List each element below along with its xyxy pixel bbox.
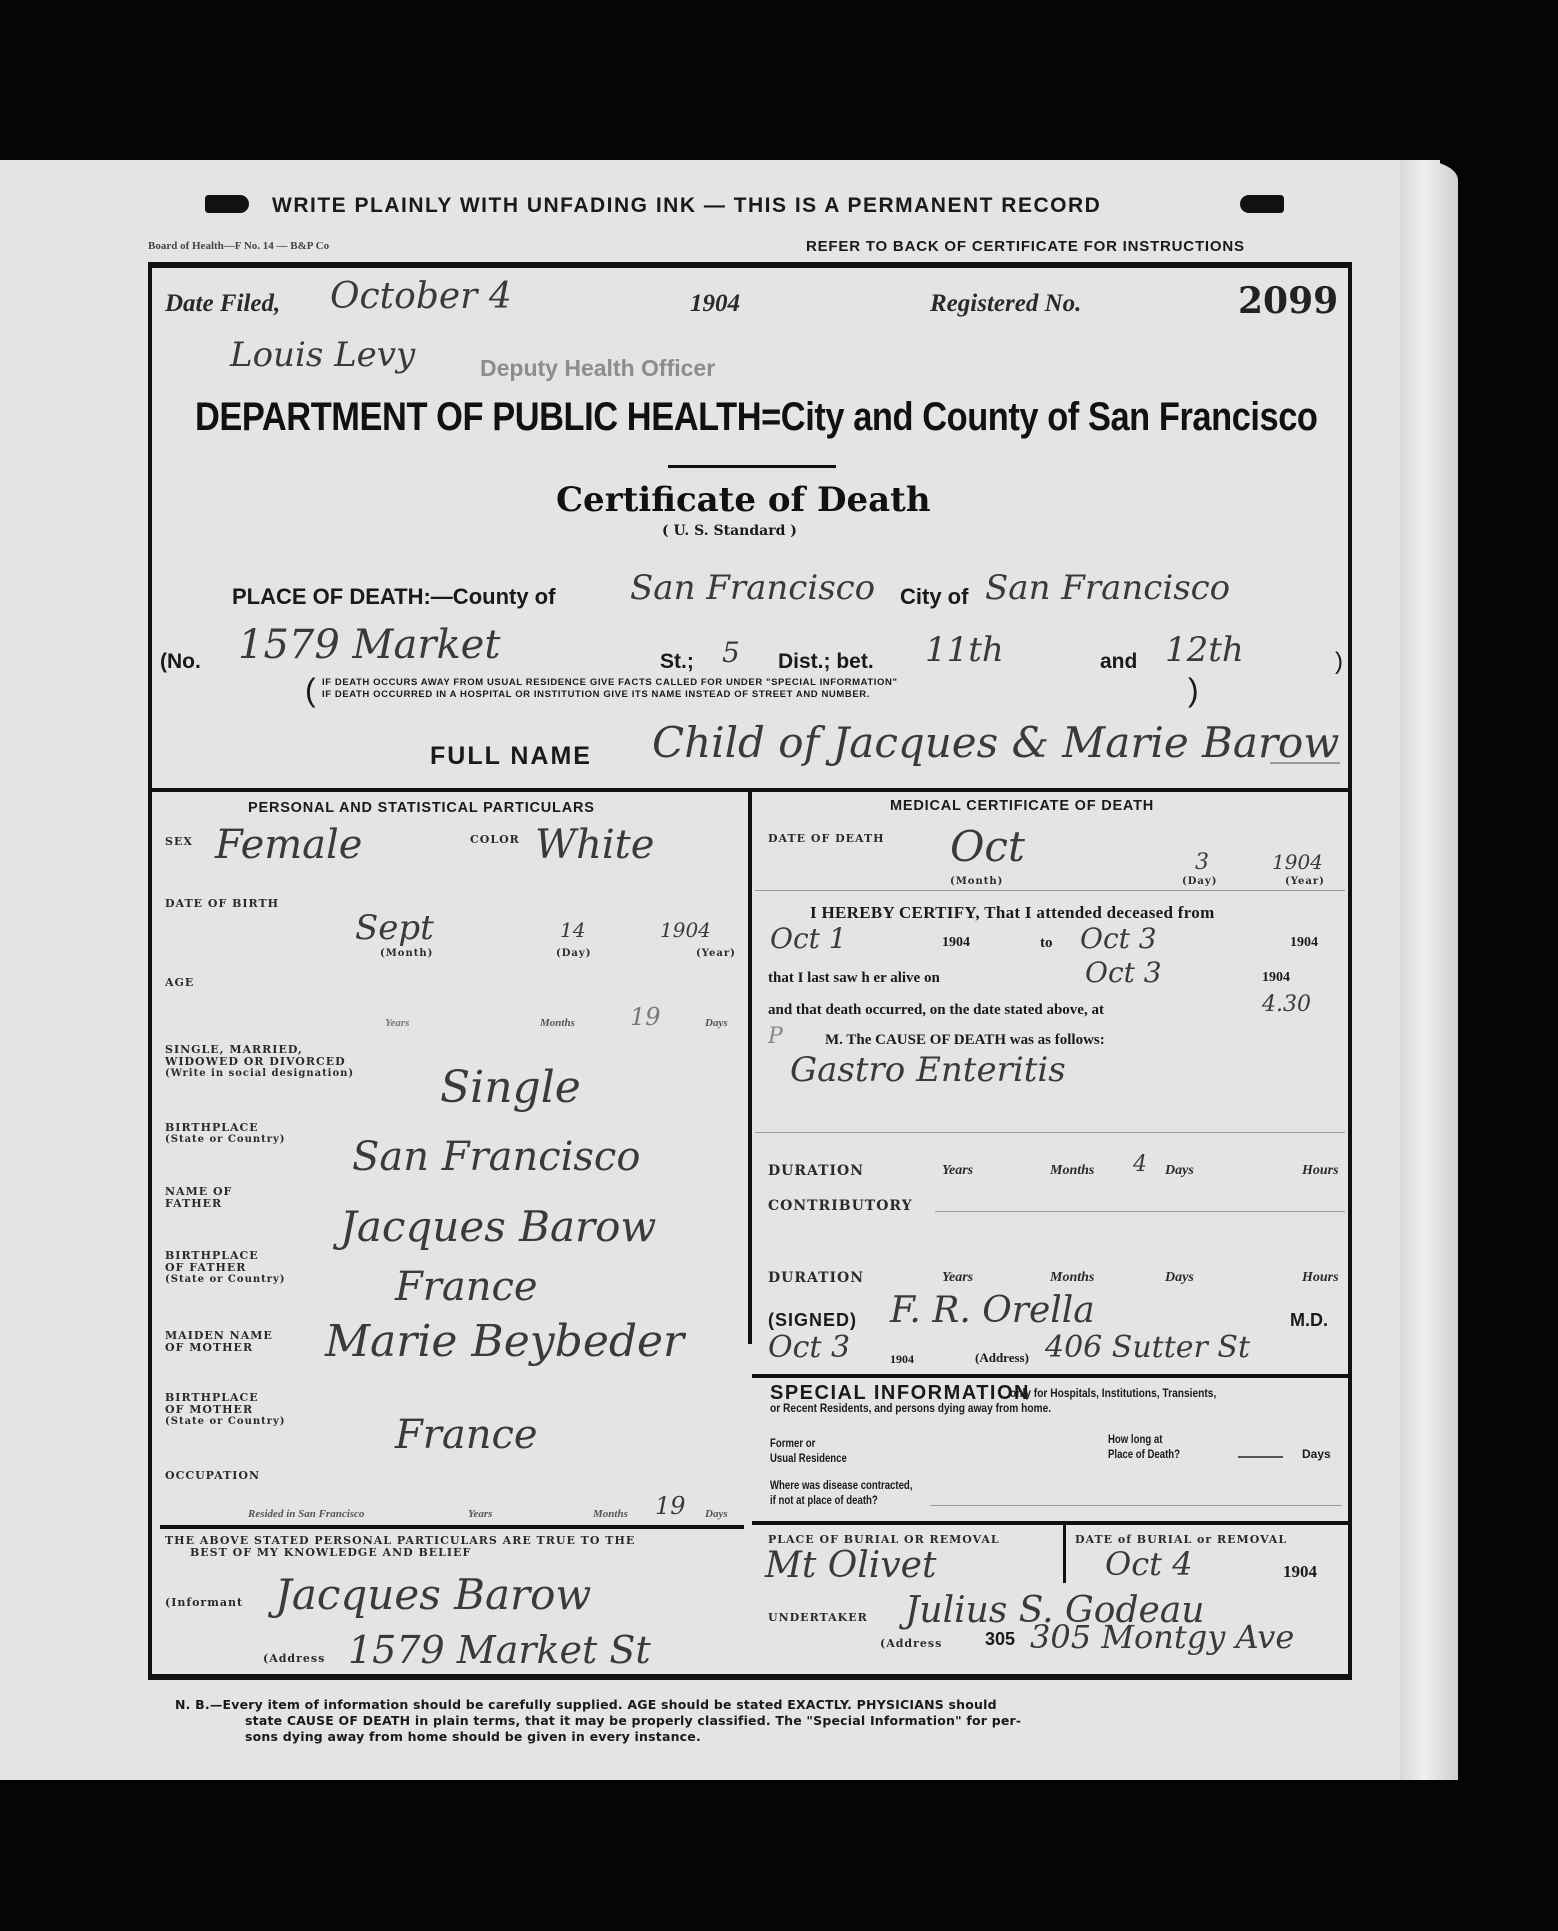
mother-birthplace-label-2: OF MOTHER [165,1404,253,1416]
duration2-months-caption: Months [1050,1270,1094,1286]
title-divider [668,465,836,468]
father-birthplace: France [395,1264,538,1310]
marital-value: Single [440,1062,581,1113]
name-underline [1270,762,1340,764]
time-of-death: 4.30 [1262,992,1311,1017]
age-years-caption: Years [385,1017,409,1029]
dod-year-caption: (Year) [1285,876,1325,887]
dod-day-caption: (Day) [1182,876,1217,887]
note-bracket-left: ( [305,672,316,709]
footnote-line-3: sons dying away from home should be give… [245,1729,701,1744]
dod-label: DATE OF DEATH [768,833,885,845]
dob-day-caption: (Day) [556,948,591,959]
former-residence-label-1: Former or [770,1436,815,1450]
marital-label-3: (Write in social designation) [165,1068,354,1079]
birthplace-label-2: (State or Country) [165,1134,286,1145]
street-label: St.; [660,650,694,674]
dob-day: 14 [560,918,585,942]
contracted-rule [930,1505,1342,1506]
undertaker-address: 305 Montgy Ave [1030,1618,1294,1656]
occurred-label: and that death occurred, on the date sta… [768,1002,1104,1019]
undertaker-label: UNDERTAKER [768,1611,868,1624]
dod-year: 1904 [1272,850,1323,874]
informant-divider [160,1525,744,1529]
duration-hours-caption: Hours [1302,1163,1339,1179]
city-value: San Francisco [985,568,1230,608]
duration-label: DURATION [768,1163,864,1179]
date-filed-value: October 4 [330,276,512,317]
special-note-1: only for Hospitals, Institutions, Transi… [1010,1386,1216,1400]
header-warning: WRITE PLAINLY WITH UNFADING INK — THIS I… [272,194,1101,218]
attended-from-year: 1904 [942,935,970,951]
street-no-label: (No. [160,650,201,674]
pointing-hand-icon-left [205,195,249,213]
last-saw-year: 1904 [1262,970,1290,986]
registered-label: Registered No. [930,290,1081,318]
mother-birthplace-label-3: (State or Country) [165,1416,286,1427]
resided-months-caption: Months [593,1508,628,1520]
dod-day: 3 [1195,850,1209,875]
how-long-blank [1238,1456,1283,1458]
how-long-label-2: Place of Death? [1108,1447,1180,1461]
refer-instructions: REFER TO BACK OF CERTIFICATE FOR INSTRUC… [806,238,1245,255]
cause-rule [755,1132,1345,1133]
attended-from-date: Oct 1 [770,922,847,955]
birthplace-value: San Francisco [352,1134,640,1180]
column-divider [748,790,752,1344]
sex-label: SEX [165,836,193,848]
informant-name: Jacques Barow [275,1570,591,1619]
between-street-1: 11th [925,630,1004,670]
city-label: City of [900,584,968,610]
color-value: White [535,822,654,868]
duration-days-caption: Days [1165,1163,1194,1179]
footnote-line-2: state CAUSE OF DEATH in plain terms, tha… [245,1713,1021,1728]
mother-label-2: OF MOTHER [165,1342,253,1354]
resided-days-value: 19 [655,1492,686,1520]
burial-year: 1904 [1283,1562,1317,1582]
father-birthplace-label-3: (State or Country) [165,1274,286,1285]
standard-label: ( U. S. Standard ) [662,523,797,539]
signed-label: (SIGNED) [768,1310,857,1331]
burial-column-divider [1063,1523,1066,1583]
registered-number: 2099 [1238,280,1338,322]
duration-years-caption: Years [942,1163,973,1179]
burial-place: Mt Olivet [765,1545,936,1586]
meridiem-value: P [768,1024,783,1049]
footnote-line-1: N. B.—Every item of information should b… [175,1697,997,1712]
contracted-label-1: Where was disease contracted, [770,1478,912,1492]
physician-signature: F. R. Orella [890,1290,1095,1331]
between-street-2: 12th [1165,630,1244,670]
county-value: San Francisco [630,568,875,608]
undertaker-address-label: (Address [880,1637,942,1650]
mother-birthplace: France [395,1412,538,1458]
note-bracket-right: ) [1188,672,1199,709]
last-saw-label: that I last saw h er alive on [768,970,940,987]
certify-statement: I HEREBY CERTIFY, That I attended deceas… [810,903,1215,923]
medical-heading: MEDICAL CERTIFICATE OF DEATH [890,798,1154,814]
duration2-hours-caption: Hours [1302,1270,1339,1286]
age-label: AGE [165,977,194,989]
signed-date: Oct 3 [768,1330,850,1365]
duration2-label: DURATION [768,1270,864,1286]
dod-month: Oct [950,822,1025,871]
page-edge [1400,160,1458,1780]
date-filed-label: Date Filed, [165,290,280,318]
full-name-label: FULL NAME [430,742,592,771]
cause-of-death: Gastro Enteritis [790,1050,1066,1090]
full-name-value: Child of Jacques & Marie Barow [652,718,1339,767]
to-label: to [1040,935,1053,952]
marital-label-2: WIDOWED OR DIVORCED [165,1056,346,1068]
district-label: Dist.; bet. [778,650,874,674]
contracted-label-2: if not at place of death? [770,1493,878,1507]
sex-value: Female [215,822,362,868]
informant-address: 1579 Market St [348,1628,651,1672]
how-long-label-1: How long at [1108,1432,1162,1446]
burial-date: Oct 4 [1105,1545,1193,1583]
department-title: DEPARTMENT OF PUBLIC HEALTH=City and Cou… [195,395,1318,440]
how-long-days-label: Days [1302,1447,1331,1461]
physician-address-label: (Address) [975,1350,1029,1366]
last-saw-date: Oct 3 [1085,956,1162,989]
father-label-2: FATHER [165,1198,222,1210]
mother-name: Marie Beybeder [325,1316,684,1367]
close-paren: ) [1335,648,1343,676]
place-of-death-label: PLACE OF DEATH:—County of [232,584,555,610]
age-months-caption: Months [540,1017,575,1029]
street-value: 1579 Market [238,622,500,668]
age-days-value: 19 [630,1003,661,1031]
color-label: COLOR [470,834,520,846]
physician-address: 406 Sutter St [1045,1330,1250,1365]
cause-label: M. The CAUSE OF DEATH was as follows: [825,1032,1105,1049]
duration-months-caption: Months [1050,1163,1094,1179]
certificate-title: Certificate of Death [556,480,931,520]
resided-label: Resided in San Francisco [248,1508,364,1520]
attended-to-date: Oct 3 [1080,922,1157,955]
date-filed-year: 1904 [690,290,740,318]
resided-years-caption: Years [468,1508,492,1520]
duration-months-value: 4 [1133,1152,1147,1177]
undertaker-address-number: 305 [985,1629,1015,1650]
pointing-hand-icon-right [1240,195,1284,213]
officer-signature: Louis Levy [230,335,415,375]
personal-heading: PERSONAL AND STATISTICAL PARTICULARS [248,800,595,816]
form-id: Board of Health—F No. 14 — B&P Co [148,240,329,252]
dob-year-caption: (Year) [696,948,736,959]
duration2-days-caption: Days [1165,1270,1194,1286]
dob-year: 1904 [660,918,711,942]
father-birthplace-label-2: OF FATHER [165,1262,246,1274]
informant-label: (Informant [165,1596,243,1609]
informant-statement-2: BEST OF MY KNOWLEDGE AND BELIEF [190,1546,471,1559]
attended-to-year: 1904 [1290,935,1318,951]
contributory-label: CONTRIBUTORY [768,1198,913,1214]
dob-month-caption: (Month) [380,948,433,959]
officer-title: Deputy Health Officer [480,355,715,382]
place-note-1: IF DEATH OCCURS AWAY FROM USUAL RESIDENC… [322,677,898,688]
special-note-2: or Recent Residents, and persons dying a… [770,1401,1051,1415]
contributory-rule [935,1211,1345,1212]
md-label: M.D. [1290,1310,1328,1331]
and-label: and [1100,650,1137,674]
dob-month: Sept [355,908,434,948]
former-residence-label-2: Usual Residence [770,1451,847,1465]
dod-rule [755,890,1345,891]
duration2-years-caption: Years [942,1270,973,1286]
birthplace-label-1: BIRTHPLACE [165,1122,259,1134]
dod-month-caption: (Month) [950,876,1003,887]
place-note-2: IF DEATH OCCURRED IN A HOSPITAL OR INSTI… [322,689,870,700]
special-divider [752,1374,1348,1378]
signed-year: 1904 [890,1352,914,1367]
informant-address-label: (Address [263,1652,325,1665]
occupation-label: OCCUPATION [165,1470,260,1482]
father-name: Jacques Barow [340,1202,656,1251]
district-value: 5 [722,636,740,669]
age-days-caption: Days [705,1017,728,1029]
dob-label: DATE OF BIRTH [165,898,279,910]
burial-divider [752,1521,1348,1525]
resided-days-caption: Days [705,1508,728,1520]
